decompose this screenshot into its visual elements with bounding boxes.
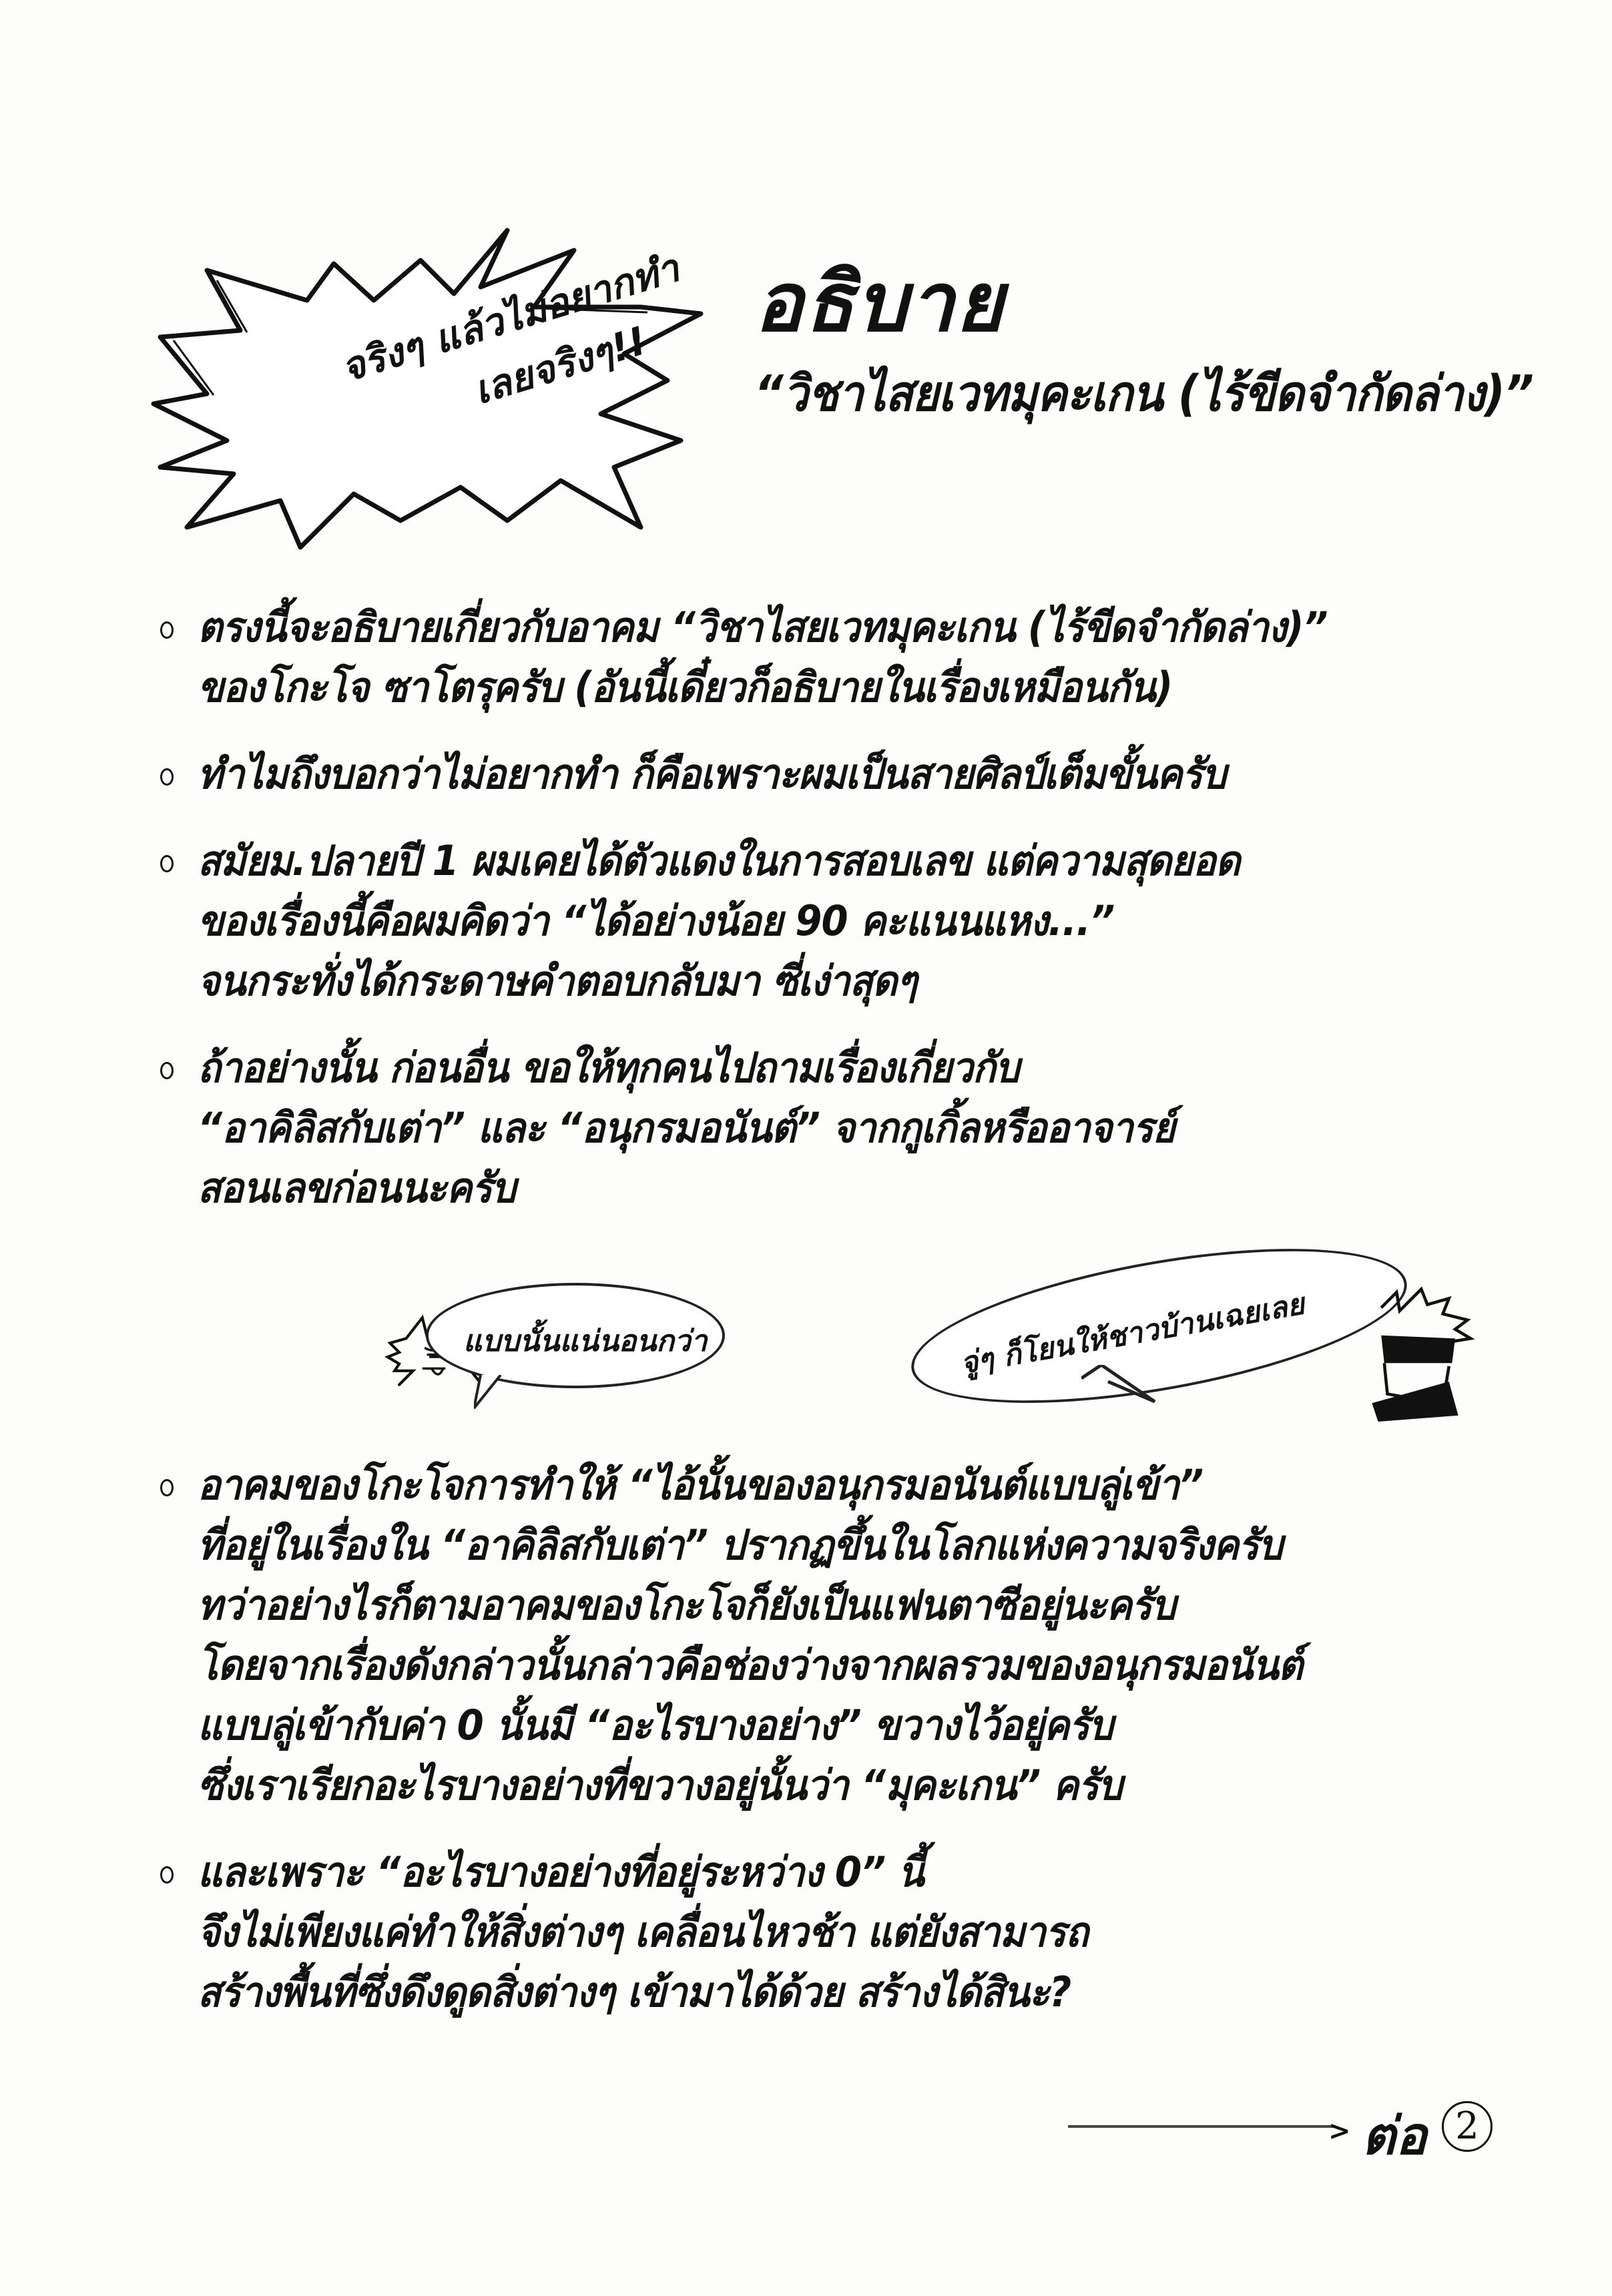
arrow-right-icon: > (1328, 2116, 1351, 2146)
bullet-line: ซึ่งเราเรียกอะไรบางอย่างที่ขวางอยู่นั้นว… (198, 1755, 1466, 1815)
bullet-line: ทำไมถึงบอกว่าไม่อยากทำ ก็คือเพราะผมเป็นส… (198, 744, 1466, 804)
continued-marker: > ต่อ 2 (1068, 2089, 1509, 2163)
bullet-line: ที่อยู่ในเรื่องใน “อาคิลิสกับเต่า” ปรากฏ… (198, 1515, 1466, 1575)
arrow-line (1068, 2125, 1335, 2128)
bullet-line: ถ้าอย่างนั้น ก่อนอื่น ขอให้ทุกคนไปถามเรื… (198, 1038, 1466, 1098)
gojo-character-icon (1335, 1255, 1495, 1428)
bullet-line: จึงไม่เพียงแค่ทำให้สิ่งต่างๆ เคลื่อนไหวช… (198, 1902, 1466, 1962)
bullet-line: “อาคิลิสกับเต่า” และ “อนุกรมอนันต์” จากก… (198, 1098, 1466, 1158)
page-title: อธิบาย (754, 237, 1005, 366)
spiky-burst-bubble: จริงๆ แล้วไม่อยากทำ เลยจริงๆ!! (133, 214, 734, 574)
bullet-line: แบบลู่เข้ากับค่า 0 นั้นมี “อะไรบางอย่าง”… (198, 1695, 1466, 1755)
speech-tail-left-icon (474, 1375, 514, 1415)
bullet-line: สร้างพื้นที่ซึ่งดึงดูดสิ่งต่างๆ เข้ามาได… (198, 1962, 1466, 2022)
bullet-circle-icon (160, 1062, 174, 1079)
character-dialogue-illustration: แบบนั้นแน่นอนกว่า จู่ๆ ก็โยนให้ชาวบ้านเฉ… (374, 1241, 1509, 1442)
bullet-item: ตรงนี้จะอธิบายเกี่ยวกับอาคม “วิชาไสยเวทม… (160, 597, 1562, 718)
page-subtitle: “วิชาไสยเวทมุคะเกน (ไร้ขีดจำกัดล่าง)” (754, 354, 1533, 433)
bullet-item: และเพราะ “อะไรบางอย่างที่อยู่ระหว่าง 0” … (160, 1842, 1562, 2022)
bullet-list-upper: ตรงนี้จะอธิบายเกี่ยวกับอาคม “วิชาไสยเวทม… (160, 597, 1562, 1245)
bullet-item: อาคมของโกะโจการทำให้ “ไอ้นั้นของอนุกรมอน… (160, 1455, 1562, 1815)
speech-tail-right-icon (1081, 1365, 1161, 1405)
bullet-circle-icon (160, 1479, 174, 1496)
speech-bubble-left: แบบนั้นแน่นอนกว่า (426, 1283, 725, 1388)
continued-page-number: 2 (1442, 2101, 1493, 2152)
bullet-circle-icon (160, 855, 174, 872)
bullet-circle-icon (160, 768, 174, 786)
speech-text-left: แบบนั้นแน่นอนกว่า (463, 1318, 707, 1364)
bullet-line: และเพราะ “อะไรบางอย่างที่อยู่ระหว่าง 0” … (198, 1842, 1466, 1902)
bullet-list-lower: อาคมของโกะโจการทำให้ “ไอ้นั้นของอนุกรมอน… (160, 1455, 1562, 2049)
bullet-circle-icon (160, 1866, 174, 1884)
bullet-item: ทำไมถึงบอกว่าไม่อยากทำ ก็คือเพราะผมเป็นส… (160, 744, 1562, 804)
bullet-line: ของเรื่องนี้คือผมคิดว่า “ได้อย่างน้อย 90… (198, 891, 1466, 951)
continued-label: ต่อ (1362, 2094, 1427, 2177)
bullet-line: อาคมของโกะโจการทำให้ “ไอ้นั้นของอนุกรมอน… (198, 1455, 1466, 1515)
manga-text-page: จริงๆ แล้วไม่อยากทำ เลยจริงๆ!! อธิบาย “ว… (0, 0, 1612, 2296)
bullet-line: สอนเลขก่อนนะครับ (198, 1158, 1466, 1218)
bullet-line: ของโกะโจ ซาโตรุครับ (อันนี้เดี๋ยวก็อธิบา… (198, 657, 1466, 718)
bullet-circle-icon (160, 621, 174, 639)
bullet-line: ทว่าอย่างไรก็ตามอาคมของโกะโจก็ยังเป็นแฟน… (198, 1575, 1466, 1635)
bullet-line: สมัยม.ปลายปี 1 ผมเคยได้ตัวแดงในการสอบเลข… (198, 831, 1466, 891)
bullet-line: ตรงนี้จะอธิบายเกี่ยวกับอาคม “วิชาไสยเวทม… (198, 597, 1466, 657)
bullet-line: โดยจากเรื่องดังกล่าวนั้นกล่าวคือช่องว่าง… (198, 1635, 1466, 1695)
bullet-item: ถ้าอย่างนั้น ก่อนอื่น ขอให้ทุกคนไปถามเรื… (160, 1038, 1562, 1218)
bullet-item: สมัยม.ปลายปี 1 ผมเคยได้ตัวแดงในการสอบเลข… (160, 831, 1562, 1011)
bullet-line: จนกระทั่งได้กระดาษคำตอบกลับมา ซี่เง่าสุด… (198, 951, 1466, 1011)
